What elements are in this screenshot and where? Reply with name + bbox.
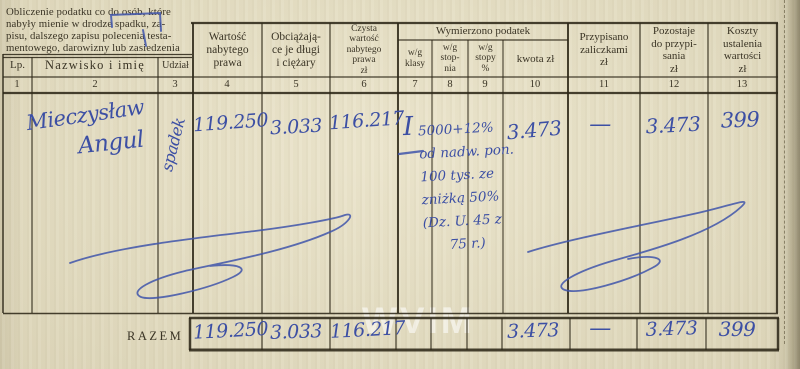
pen-marks [0,0,800,369]
row-tax-note: 5000+12% od nadw. pon. 100 tys. ze zniżk… [417,116,516,259]
total-value: 119.250 [192,318,262,344]
total-prepaid-dash: — [570,316,630,341]
row-prepaid-dash: — [578,112,622,137]
row-net: 116.217 [328,108,397,135]
total-costs: 399 [706,317,768,341]
row-costs: 399 [712,107,769,133]
paper-edge-shadow [785,0,800,369]
row-debts: 3.033 [262,114,329,139]
row-tax-class: I [402,112,413,142]
total-remaining: 3.473 [637,317,707,341]
total-amount: 3.473 [498,319,569,343]
scanned-tax-form: WVIM [0,0,800,369]
row-remaining: 3.473 [640,111,705,138]
total-debts: 3.033 [262,320,331,344]
total-net: 116.217 [329,317,404,343]
row-value: 119.250 [192,110,260,137]
